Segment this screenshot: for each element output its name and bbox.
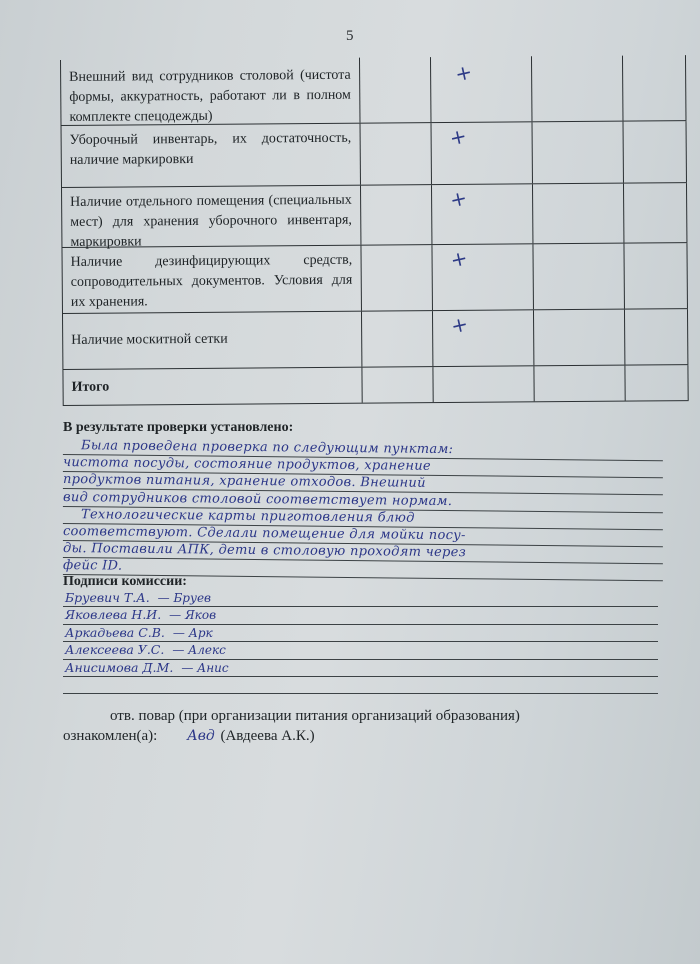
total-cell [626,365,689,400]
plus-mark: + [448,245,470,272]
commission-signatures: Бруевич Т.А.— Бруев Яковлева Н.И.— Яков … [63,590,658,694]
acknowledged-label: ознакомлен(а): [63,728,157,744]
cook-name: (Авдеева А.К.) [220,728,314,744]
mark-cell [360,123,432,185]
table-row-total: Итого [62,365,688,406]
mark-cell [625,309,688,364]
mark-cell [532,56,624,122]
total-cell [362,367,434,403]
signature-line-empty [63,677,658,694]
mark-cell [533,244,625,310]
plus-mark: + [453,59,475,86]
mark-cell [534,310,626,366]
checklist-table: Внешний вид сотрудников столовой (чистот… [60,55,689,406]
mark-cell: + [432,184,533,244]
table-row: Наличие отдельного помещения (специальны… [61,183,687,248]
signer-name: Яковлева Н.И. [65,607,161,622]
signer-name: Алексеева У.С. [65,642,164,657]
table-row: Внешний вид сотрудников столовой (чистот… [60,55,686,126]
table-row: Уборочный инвентарь, их достаточность, н… [61,121,687,188]
mark-cell [533,184,625,244]
signer-name: Аркадьева С.В. [65,625,165,640]
criterion-cell: Внешний вид сотрудников столовой (чистот… [60,58,360,125]
mark-cell [624,121,687,182]
signature-line: Бруевич Т.А.— Бруев [63,590,658,607]
signer-name: Анисимова Д.М. [65,660,173,675]
signer-name: Бруевич Т.А. [65,590,150,605]
total-label: Итого [62,368,362,405]
criterion-cell: Уборочный инвентарь, их достаточность, н… [61,124,361,187]
signature: — Бруев [158,591,211,605]
criterion-cell: Наличие москитной сетки [62,312,362,369]
mark-cell [532,122,624,184]
total-cell [534,366,626,402]
signature: — Яков [169,608,216,622]
mark-cell [624,183,687,242]
signature-line: Анисимова Д.М.— Анис [63,660,658,677]
mark-cell: + [433,244,534,310]
mark-cell [362,311,434,367]
mark-cell: + [433,310,534,366]
mark-cell [625,243,688,308]
results-heading: В результате проверки установлено: [63,420,293,436]
signature-line: Аркадьева С.В.— Арк [63,625,658,642]
page-number: 5 [346,28,354,45]
signatures-heading: Подписи комиссии: [63,574,187,590]
signature-line: Алексеева У.С.— Алекс [63,642,658,659]
table-row: Наличие москитной сетки + [62,309,688,370]
mark-cell: + [431,56,532,122]
responsible-cook-line: отв. повар (при организации питания орга… [110,708,520,725]
mark-cell [361,185,433,245]
mark-cell [361,245,433,311]
signature: — Анис [181,661,228,675]
table-row: Наличие дезинфицирующих средств, сопрово… [61,243,687,314]
plus-mark: + [449,311,471,338]
mark-cell [360,57,432,123]
signature: — Арк [173,626,213,640]
mark-cell [623,55,686,120]
signature-line: Яковлева Н.И.— Яков [63,607,658,624]
acknowledgement-line: ознакомлен(а): Авд (Авдеева А.К.) [63,728,315,745]
results-handwritten-text: Была проведена проверка по следующим пун… [63,438,663,576]
criterion-cell: Наличие дезинфицирующих средств, сопрово… [61,246,361,313]
plus-mark: + [448,185,470,212]
cook-signature: Авд [187,728,215,744]
total-cell [434,366,535,402]
signature: — Алекс [172,643,226,657]
mark-cell: + [432,122,533,184]
plus-mark: + [447,123,469,150]
criterion-cell: Наличие отдельного помещения (специальны… [61,186,361,247]
